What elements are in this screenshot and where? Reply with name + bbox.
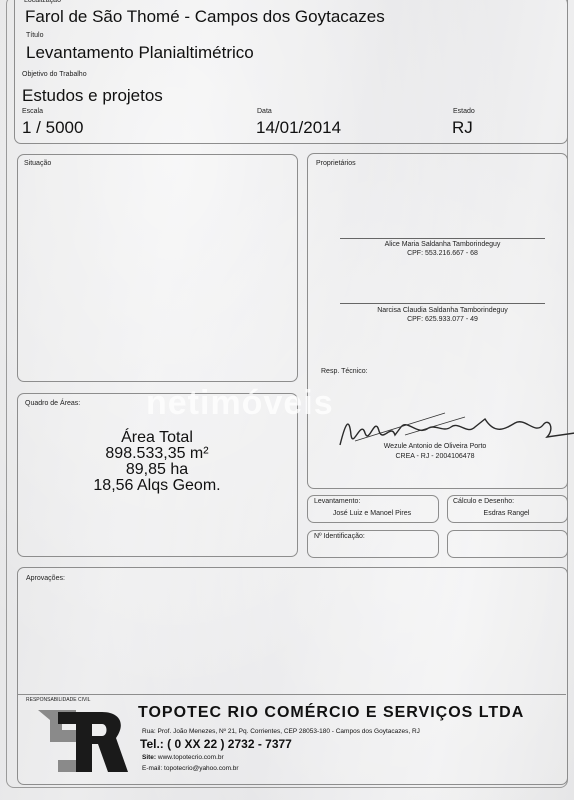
- area-m2: 898.533,35 m²: [18, 446, 296, 462]
- areas-label: Quadro de Áreas:: [25, 400, 80, 407]
- approvals-label: Aprovações:: [26, 575, 65, 582]
- location-value: Farol de São Thomé - Campos dos Goytacaz…: [25, 7, 385, 27]
- owner-1-signature-line: [340, 238, 545, 239]
- situation-box: [17, 154, 298, 382]
- date-value: 14/01/2014: [256, 118, 341, 138]
- technical-name: Wezule Antonio de Oliveira Porto: [360, 443, 510, 450]
- owner-2-cpf: CPF: 625.933.077 - 49: [340, 316, 545, 323]
- company-name: TOPOTEC RIO COMÉRCIO E SERVIÇOS LTDA: [138, 704, 524, 722]
- area-title: Área Total: [18, 430, 296, 446]
- ident-label: Nº Identificação:: [314, 533, 365, 540]
- objective-label: Objetivo do Trabalho: [22, 71, 87, 78]
- email-address[interactable]: topotecrio@yahoo.com.br: [164, 765, 239, 772]
- survey-value: José Luiz e Manoel Pires: [307, 510, 437, 517]
- site-url[interactable]: www.topotecrio.com.br: [158, 754, 224, 761]
- area-ha: 89,85 ha: [18, 462, 296, 478]
- technical-label: Resp. Técnico:: [321, 368, 368, 375]
- calc-value: Esdras Rangel: [447, 510, 566, 517]
- watermark: netimóveis: [146, 384, 334, 423]
- area-summary: Área Total 898.533,35 m² 89,85 ha 18,56 …: [18, 430, 296, 494]
- company-address: Rua: Prof. João Menezes, Nº 21, Pq. Corr…: [142, 728, 420, 735]
- objective-value: Estudos e projetos: [22, 86, 163, 106]
- email-label: E-mail:: [142, 765, 162, 772]
- responsibility-label: RESPONSABILIDADE CIVIL: [26, 697, 90, 703]
- site-label: Site:: [142, 754, 156, 761]
- technical-crea: CREA - RJ - 2004106478: [360, 453, 510, 460]
- owner-1-name: Alice Maria Saldanha Tamborindeguy: [340, 241, 545, 248]
- company-phone: Tel.: ( 0 XX 22 ) 2732 - 7377: [140, 737, 292, 751]
- scale-label: Escala: [22, 108, 43, 115]
- owners-label: Proprietários: [316, 160, 356, 167]
- company-email: E-mail: topotecrio@yahoo.com.br: [142, 765, 239, 772]
- topotec-logo-icon: [36, 708, 128, 776]
- owner-2-name: Narcisa Claudia Saldanha Tamborindeguy: [340, 307, 545, 314]
- owner-1-cpf: CPF: 553.216.667 - 68: [340, 250, 545, 257]
- location-label: Localização: [24, 0, 61, 4]
- blank-box: [447, 530, 568, 558]
- document-sheet: Localização Farol de São Thomé - Campos …: [0, 0, 574, 800]
- owner-2-signature-line: [340, 303, 545, 304]
- calc-label: Cálculo e Desenho:: [453, 498, 514, 505]
- date-label: Data: [257, 108, 272, 115]
- footer-divider: [18, 694, 566, 695]
- state-value: RJ: [452, 118, 473, 138]
- title-value: Levantamento Planialtimétrico: [26, 43, 254, 63]
- survey-label: Levantamento:: [314, 498, 360, 505]
- area-alqueires: 18,56 Alqs Geom.: [18, 478, 296, 494]
- title-label: Título: [26, 32, 44, 39]
- state-label: Estado: [453, 108, 475, 115]
- scale-value: 1 / 5000: [22, 118, 83, 138]
- company-site: Site: www.topotecrio.com.br: [142, 754, 224, 761]
- situation-label: Situação: [24, 160, 51, 167]
